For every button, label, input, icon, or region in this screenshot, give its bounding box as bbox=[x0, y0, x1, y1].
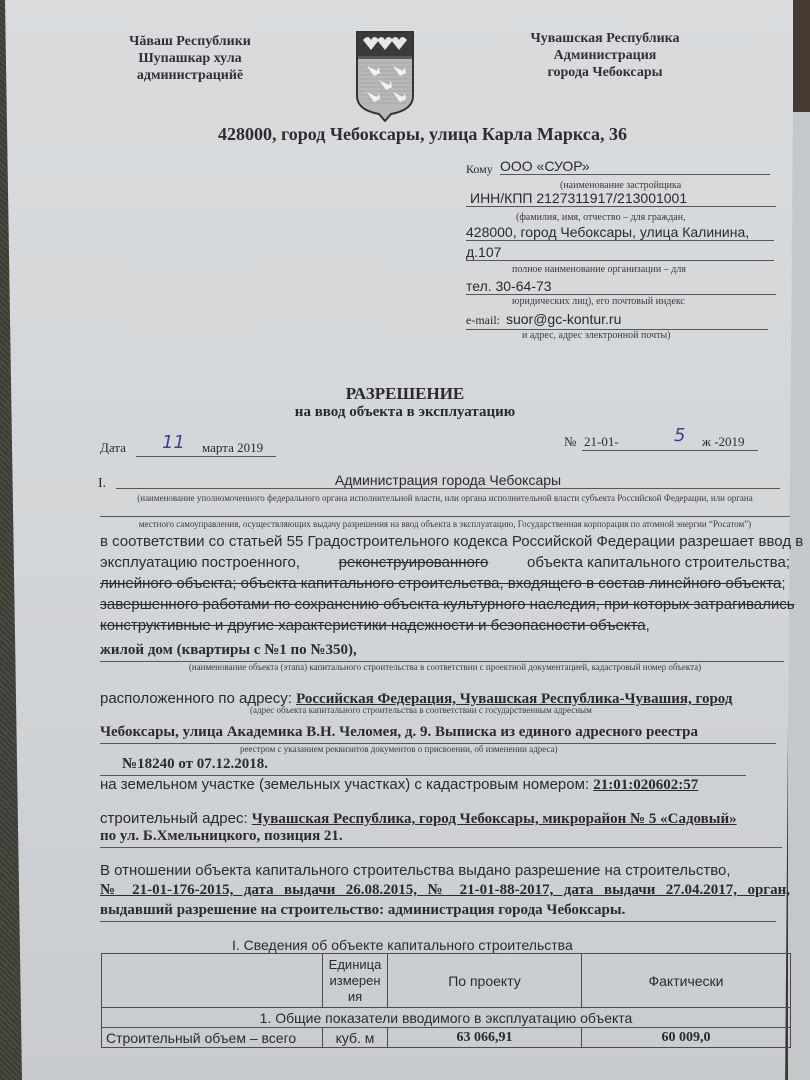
permit-details-line1: № 21-01-176-2015, дата выдачи 26.08.2015… bbox=[100, 880, 790, 901]
table-row: Строительный объем – всего куб. м 63 066… bbox=[102, 1028, 791, 1048]
object-info-table: Единица измерен ия По проекту Фактически… bbox=[101, 953, 791, 1048]
table-header-cell bbox=[102, 954, 323, 1008]
table-cell-name: Строительный объем – всего bbox=[102, 1028, 323, 1048]
date-day-handwritten: 11 bbox=[162, 432, 185, 453]
document-subtitle: на ввод объекта в эксплуатацию bbox=[0, 404, 810, 421]
date-label: Дата bbox=[100, 440, 126, 456]
paragraph-line: конструктивные и другие характеристики н… bbox=[100, 615, 650, 636]
paragraph-struck-text: завершенного работами по сохранению объе… bbox=[100, 594, 795, 615]
authority-caption: местного самоуправления, осуществляющих … bbox=[100, 519, 790, 529]
permit-intro: В отношении объекта капитального строите… bbox=[100, 860, 731, 881]
date-field: 11 марта 2019 bbox=[136, 436, 276, 457]
number-field: 21-01- 5 ж -2019 bbox=[582, 430, 758, 451]
recipient-name-field: ООО «СУОР» bbox=[500, 158, 770, 175]
number-prefix: 21-01- bbox=[584, 434, 619, 450]
location-value-line3: №18240 от 07.12.2018. bbox=[100, 754, 746, 776]
build-address-value: Чувашская Республика, город Чебоксары, м… bbox=[252, 811, 737, 827]
recipient-caption: (фамилия, имя, отчество – для граждан, bbox=[516, 212, 686, 223]
recipient-inn-field: ИНН/КПП 2127311917/213001001 bbox=[466, 190, 776, 207]
table-cell-unit: куб. м bbox=[323, 1028, 388, 1048]
paragraph-text: эксплуатацию построенного, bbox=[100, 552, 300, 573]
location-caption: реестром с указанием реквизитов документ… bbox=[240, 744, 558, 754]
header-right-line: города Чебоксары bbox=[520, 64, 690, 81]
email-field: suor@gc-kontur.ru bbox=[506, 311, 621, 327]
recipient-caption: и адрес, адрес электронной почты) bbox=[522, 330, 671, 341]
recipient-email-row: e-mail: suor@gc-kontur.ru bbox=[466, 311, 768, 330]
section-roman-numeral: I. bbox=[98, 476, 106, 492]
land-plot-row: на земельном участке (земельных участках… bbox=[100, 774, 698, 796]
date-month-year: марта 2019 bbox=[202, 440, 263, 456]
issuer-address: 428000, город Чебоксары, улица Карла Мар… bbox=[218, 124, 627, 145]
authority-field-line2 bbox=[100, 502, 790, 517]
location-caption: (адрес объекта капитального строительств… bbox=[250, 705, 592, 715]
recipient-caption: полное наименование организации – для bbox=[512, 264, 686, 275]
header-left-block: Чăваш Республики Шупашкар хула администр… bbox=[110, 33, 270, 84]
header-left-line: Чăваш Республики bbox=[110, 33, 270, 50]
header-right-line: Администрация bbox=[520, 47, 690, 64]
number-label: № bbox=[564, 434, 576, 450]
recipient-phone-field: тел. 30-64-73 bbox=[466, 278, 776, 295]
table-cell-project: 63 066,91 bbox=[388, 1028, 582, 1048]
recipient-address-line1: 428000, город Чебоксары, улица Калинина, bbox=[466, 224, 774, 241]
location-value-line2: Чебоксары, улица Академика В.Н. Челомея,… bbox=[100, 722, 776, 744]
permit-details-line2: выдавший разрешение на строительство: ад… bbox=[100, 900, 776, 922]
header-right-line: Чувашская Республика bbox=[520, 30, 690, 47]
coat-of-arms-icon bbox=[355, 30, 415, 122]
table-header-cell: По проекту bbox=[388, 954, 582, 1008]
table-section-row: 1. Общие показатели вводимого в эксплуат… bbox=[102, 1008, 791, 1028]
build-address-label: строительный адрес: bbox=[100, 810, 248, 827]
number-handwritten: 5 bbox=[674, 425, 685, 446]
build-address-value-line2: по ул. Б.Хмельницкого, позиция 21. bbox=[100, 826, 782, 848]
table-title: I. Сведения об объекте капитального стро… bbox=[232, 937, 573, 953]
paragraph-text: объекта капитального строительства; bbox=[527, 552, 790, 573]
table-header-cell: Фактически bbox=[582, 954, 791, 1008]
paragraph-line: эксплуатацию построенного, реконструиров… bbox=[100, 552, 790, 573]
table-section-cell: 1. Общие показатели вводимого в эксплуат… bbox=[102, 1008, 791, 1028]
land-plot-label: на земельном участке (земельных участках… bbox=[100, 776, 589, 793]
table-cell-actual: 60 009,0 bbox=[582, 1028, 791, 1048]
object-name-field: жилой дом (квартиры с №1 по №350), bbox=[100, 640, 784, 662]
email-label: e-mail: bbox=[466, 313, 500, 327]
table-header-row: Единица измерен ия По проекту Фактически bbox=[102, 954, 791, 1008]
paragraph-line: в соответствии со статьей 55 Градостроит… bbox=[100, 531, 803, 552]
paragraph-struck-text: конструктивные и другие характеристики н… bbox=[100, 617, 646, 634]
header-right-block: Чувашская Республика Администрация город… bbox=[520, 30, 690, 81]
paragraph-struck-text: линейного объекта; объекта капитального … bbox=[100, 575, 781, 592]
recipient-caption: юридических лиц), его почтовый индекс bbox=[512, 296, 685, 307]
paragraph-text: ; bbox=[781, 575, 785, 592]
header-left-line: администрацийĕ bbox=[110, 67, 270, 84]
header-left-line: Шупашкар хула bbox=[110, 50, 270, 67]
table-header-cell: Единица измерен ия bbox=[323, 954, 388, 1008]
recipient-address-line2: д.107 bbox=[466, 244, 774, 261]
paragraph-line: линейного объекта; объекта капитального … bbox=[100, 573, 786, 594]
authority-field: Администрация города Чебоксары bbox=[116, 472, 780, 489]
background-surface-right bbox=[790, 0, 810, 112]
document-title: РАЗРЕШЕНИЕ bbox=[0, 384, 810, 404]
cadastral-number: 21:01:020602:57 bbox=[593, 777, 698, 793]
paragraph-text: , bbox=[646, 617, 650, 634]
object-name-caption: (наименование объекта (этапа) капитально… bbox=[100, 662, 790, 672]
recipient-to-label: Кому bbox=[466, 162, 493, 177]
paragraph-struck-text: реконструированного bbox=[339, 552, 489, 573]
number-suffix: ж -2019 bbox=[702, 434, 745, 450]
